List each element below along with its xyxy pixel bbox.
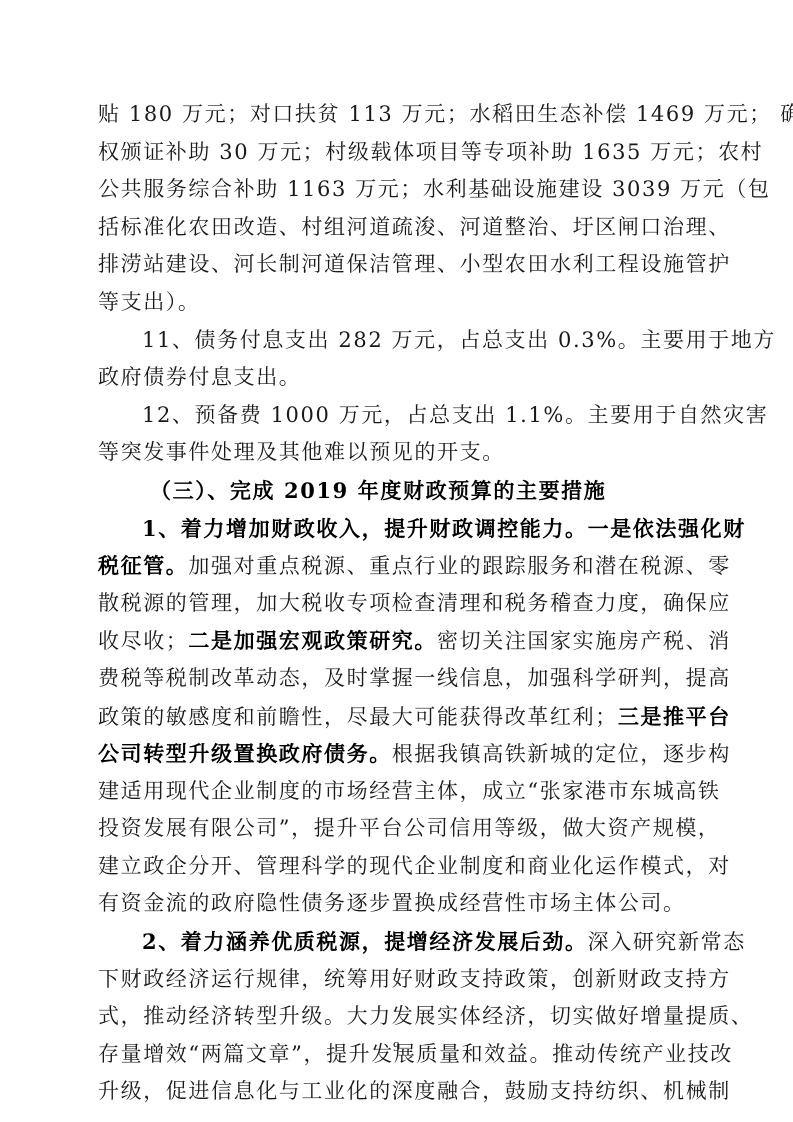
body-text: 根据我镇高铁新城的定位，逐步构 (392, 742, 731, 766)
text-line: 升级，促进信息化与工业化的深度融合，鼓励支持纺织、机械制 (98, 1073, 702, 1111)
bold-text: 1、着力增加财政收入，提升财政调控能力。一是依法强化财 (142, 516, 746, 541)
body-text: 政府债券付息支出。 (98, 365, 301, 389)
body-text: 收尽收； (98, 629, 188, 653)
body-text: 深入研究新常态 (588, 930, 746, 954)
body-text: 12、预备费 1000 万元，占总支出 1.1%。主要用于自然灾害 (142, 403, 768, 427)
text-line: 下财政经济运行规律，统筹用好财政支持政策，创新财政支持方 (98, 961, 702, 999)
bold-text: 税征管。 (98, 553, 188, 578)
body-text: 式，推动经济转型升级。大力发展实体经济，切实做好增量提质、 (98, 1004, 753, 1028)
body-text: 建立政企分开、管理科学的现代企业制度和商业化运作模式，对 (98, 854, 731, 878)
document-body: 贴 180 万元；对口扶贫 113 万元；水稻田生态补偿 1469 万元； 确权… (98, 96, 702, 1111)
text-line: 投资发展有限公司”，提升平台公司信用等级，做大资产规模， (98, 810, 702, 848)
body-text: 密切关注国家实施房产税、消 (437, 629, 731, 653)
body-text: 政策的敏感度和前瞻性，尽最大可能获得改革红利； (98, 705, 618, 729)
body-text: 括标准化农田改造、村组河道疏浚、河道整治、圩区闸口治理、 (98, 215, 731, 239)
body-text: 下财政经济运行规律，统筹用好财政支持政策，创新财政支持方 (98, 967, 731, 991)
text-line: 等突发事件处理及其他难以预见的开支。 (98, 434, 702, 472)
body-text: 贴 180 万元；对口扶贫 113 万元；水稻田生态补偿 1469 万元； 确 (98, 102, 793, 126)
body-text: 升级，促进信息化与工业化的深度融合，鼓励支持纺织、机械制 (98, 1079, 731, 1103)
body-text: 11、债务付息支出 282 万元，占总支出 0.3%。主要用于地方 (142, 328, 776, 352)
text-line: 费税等税制改革动态，及时掌握一线信息，加强科学研判，提高 (98, 660, 702, 698)
bold-text: 公司转型升级置换政府债务。 (98, 741, 392, 766)
body-text: 公共服务综合补助 1163 万元；水利基础设施建设 3039 万元（包 (98, 177, 771, 201)
text-line: 式，推动经济转型升级。大力发展实体经济，切实做好增量提质、 (98, 998, 702, 1036)
bold-text: 2、着力涵养优质税源，提增经济发展后劲。 (142, 929, 588, 954)
bold-text: （三）、完成 2019 年度财政预算的主要措施 (150, 478, 606, 503)
body-text: 权颁证补助 30 万元；村级载体项目等专项补助 1635 万元；农村 (98, 140, 763, 164)
text-line: 公共服务综合补助 1163 万元；水利基础设施建设 3039 万元（包 (98, 171, 702, 209)
bold-text: 三是推平台 (618, 704, 731, 729)
text-line: 公司转型升级置换政府债务。根据我镇高铁新城的定位，逐步构 (98, 735, 702, 773)
text-line: 12、预备费 1000 万元，占总支出 1.1%。主要用于自然灾害 (98, 397, 702, 435)
body-text: 排涝站建设、河长制河道保洁管理、小型农田水利工程设施管护 (98, 252, 731, 276)
body-text: 加强对重点税源、重点行业的跟踪服务和潜在税源、零 (188, 554, 730, 578)
body-text: 建适用现代企业制度的市场经营主体，成立“张家港市东城高铁 (98, 779, 721, 803)
body-text: 有资金流的政府隐性债务逐步置换成经营性市场主体公司。 (98, 891, 686, 915)
section-heading: （三）、完成 2019 年度财政预算的主要措施 (98, 472, 702, 510)
body-text: 散税源的管理，加大税收专项检查清理和税务稽查力度，确保应 (98, 591, 731, 615)
text-line: 排涝站建设、河长制河道保洁管理、小型农田水利工程设施管护 (98, 246, 702, 284)
text-line: 等支出）。 (98, 284, 702, 322)
text-line: 有资金流的政府隐性债务逐步置换成经营性市场主体公司。 (98, 885, 702, 923)
body-text: 投资发展有限公司”，提升平台公司信用等级，做大资产规模， (98, 816, 721, 840)
body-text: 等突发事件处理及其他难以预见的开支。 (98, 440, 505, 464)
body-text: 等支出）。 (98, 290, 201, 314)
page-number: 9 (0, 1040, 793, 1056)
text-line: 建适用现代企业制度的市场经营主体，成立“张家港市东城高铁 (98, 773, 702, 811)
bold-text: 二是加强宏观政策研究。 (188, 628, 437, 653)
text-line: 政策的敏感度和前瞻性，尽最大可能获得改革红利；三是推平台 (98, 698, 702, 736)
text-line: 括标准化农田改造、村组河道疏浚、河道整治、圩区闸口治理、 (98, 209, 702, 247)
text-line: 11、债务付息支出 282 万元，占总支出 0.3%。主要用于地方 (98, 322, 702, 360)
text-line: 贴 180 万元；对口扶贫 113 万元；水稻田生态补偿 1469 万元； 确 (98, 96, 702, 134)
text-line: 收尽收；二是加强宏观政策研究。密切关注国家实施房产税、消 (98, 622, 702, 660)
text-line: 1、着力增加财政收入，提升财政调控能力。一是依法强化财 (98, 510, 702, 548)
text-line: 建立政企分开、管理科学的现代企业制度和商业化运作模式，对 (98, 848, 702, 886)
text-line: 税征管。加强对重点税源、重点行业的跟踪服务和潜在税源、零 (98, 547, 702, 585)
text-line: 2、着力涵养优质税源，提增经济发展后劲。深入研究新常态 (98, 923, 702, 961)
text-line: 散税源的管理，加大税收专项检查清理和税务稽查力度，确保应 (98, 585, 702, 623)
text-line: 政府债券付息支出。 (98, 359, 702, 397)
body-text: 费税等税制改革动态，及时掌握一线信息，加强科学研判，提高 (98, 666, 731, 690)
text-line: 权颁证补助 30 万元；村级载体项目等专项补助 1635 万元；农村 (98, 134, 702, 172)
